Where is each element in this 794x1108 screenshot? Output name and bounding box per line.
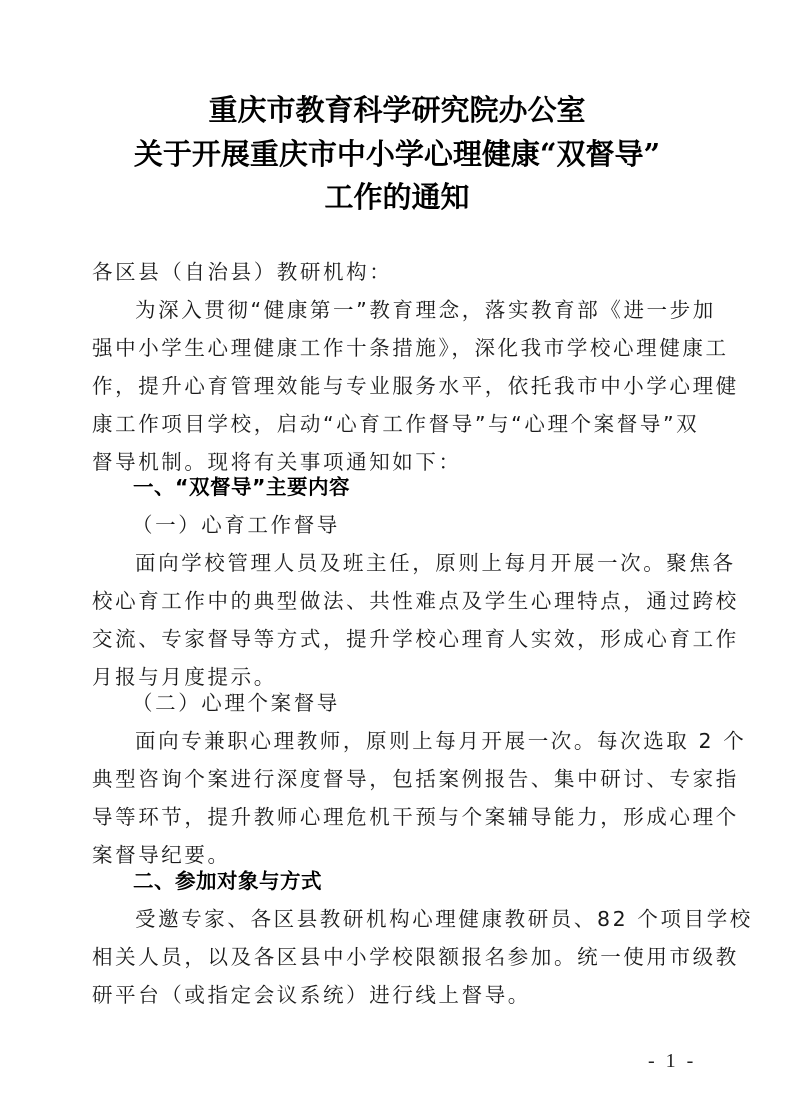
body-line: 校心育工作中的典型做法、共性难点及学生心理特点，通过跨校 (92, 587, 702, 615)
intro-line: 康工作项目学校，启动“心育工作督导”与“心理个案督导”双 (92, 410, 702, 438)
title-line-2: 关于开展重庆市中小学心理健康“双督导” (0, 134, 794, 174)
salutation: 各区县（自治县）教研机构： (92, 258, 702, 286)
section-heading-2: 二、参加对象与方式 (133, 867, 743, 895)
body-line: 典型咨询个案进行深度督导，包括案例报告、集中研讨、专家指 (92, 765, 702, 793)
subsection-heading-1: （一）心育工作督导 (132, 511, 742, 539)
body-line: 案督导纪要。 (92, 841, 702, 869)
intro-line: 作，提升心育管理效能与专业服务水平，依托我市中小学心理健 (92, 372, 702, 400)
body-line: 研平台（或指定会议系统）进行线上督导。 (92, 981, 702, 1009)
body-line: 受邀专家、各区县教研机构心理健康教研员、82 个项目学校 (135, 905, 745, 933)
section-heading-1: 一、“双督导”主要内容 (133, 473, 743, 501)
title-line-3: 工作的通知 (0, 177, 794, 217)
body-line: 面向专兼职心理教师，原则上每月开展一次。每次选取 2 个 (135, 727, 745, 755)
intro-line: 为深入贯彻“健康第一”教育理念，落实教育部《进一步加 (135, 296, 745, 324)
body-line: 导等环节，提升教师心理危机干预与个案辅导能力，形成心理个 (92, 803, 702, 831)
body-line: 相关人员，以及各区县中小学校限额报名参加。统一使用市级教 (92, 943, 702, 971)
title-line-1: 重庆市教育科学研究院办公室 (0, 90, 794, 130)
intro-line: 强中小学生心理健康工作十条措施》，深化我市学校心理健康工 (92, 334, 702, 362)
body-line: 面向学校管理人员及班主任，原则上每月开展一次。聚焦各 (135, 549, 745, 577)
document-page: 重庆市教育科学研究院办公室 关于开展重庆市中小学心理健康“双督导” 工作的通知 … (0, 0, 794, 1108)
intro-line: 督导机制。现将有关事项通知如下： (92, 448, 702, 476)
page-number: - 1 - (648, 1050, 696, 1073)
body-line: 月报与月度提示。 (92, 663, 702, 691)
body-line: 交流、专家督导等方式，提升学校心理育人实效，形成心育工作 (92, 625, 702, 653)
subsection-heading-2: （二）心理个案督导 (132, 689, 742, 717)
